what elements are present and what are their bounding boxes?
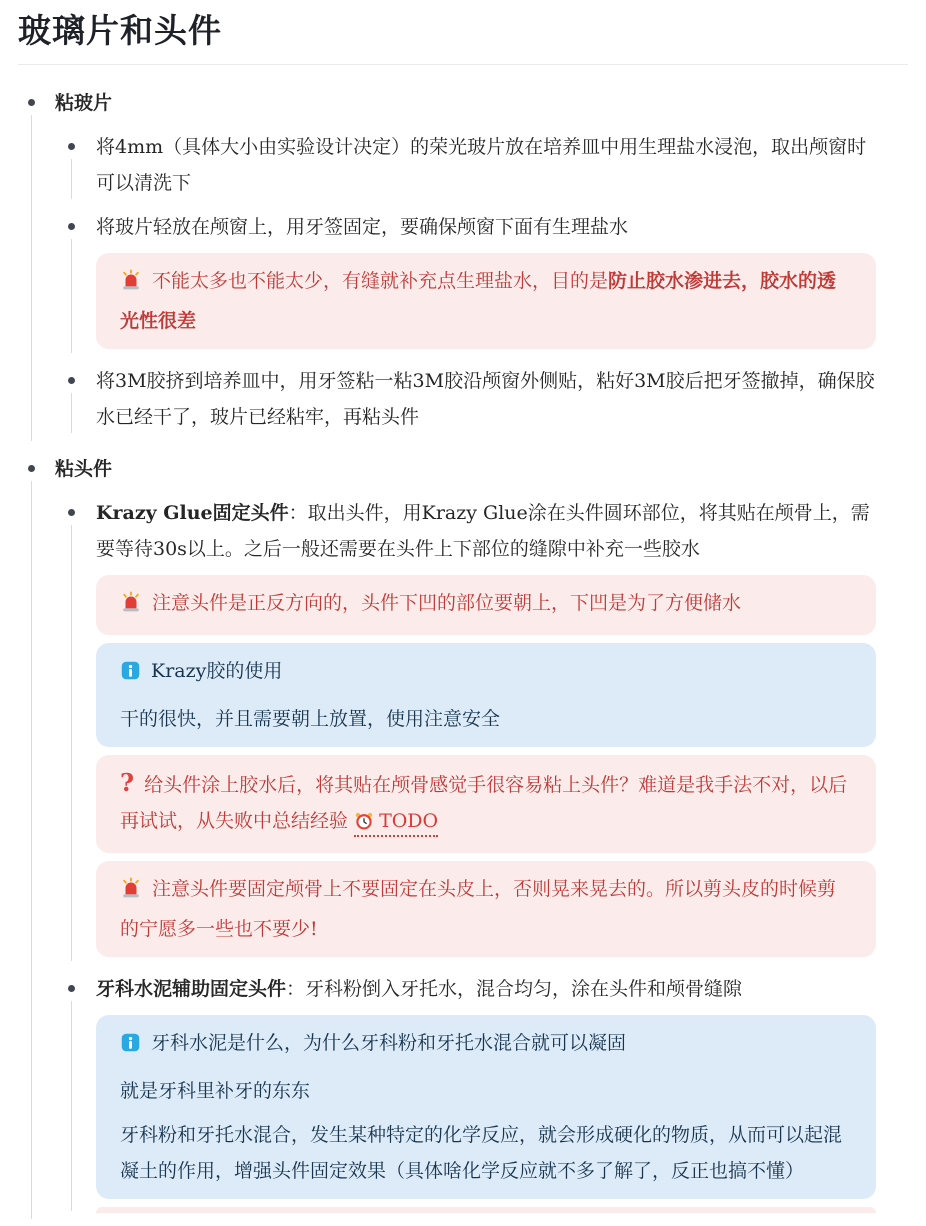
info-callout-body: 干的很快，并且需要朝上放置，使用注意安全 [120,701,852,737]
list-item: Krazy Glue固定头件：取出头件，用Krazy Glue涂在头件圆环部位，… [55,495,908,963]
list-item: 将玻片轻放在颅窗上，用牙签固定，要确保颅窗下面有生理盐水 [55,209,908,355]
list-item-text: 牙科水泥辅助固定头件：牙科粉倒入牙托水，混合均匀，涂在头件和颅骨缝隙 [96,971,882,1007]
list-item-glass: 粘玻片 将4mm（具体大小由实验设计决定）的荣光玻片放在培养皿中用生理盐水浸泡，… [18,85,908,443]
bullet-dot [68,509,75,516]
info-icon [120,657,141,693]
bullet-gutter [55,495,96,963]
list-item: 将3M胶挤到培养皿中，用牙签粘一粘3M胶沿颅窗外侧贴，粘好3M胶后把牙签撤掉，确… [55,363,908,435]
page-title: 玻璃片和头件 [18,10,908,52]
list-item-headpiece: 粘头件 Krazy Glue固定头件：取出头件，用Krazy Glue涂在头件圆… [18,451,908,1221]
siren-icon [120,875,142,911]
indent-line [31,481,32,1219]
info-callout-title: 牙科水泥是什么，为什么牙科粉和牙托水混合就可以凝固 [120,1025,852,1065]
bullet-gutter [55,129,96,201]
bullet-gutter [18,85,55,443]
bullet-gutter [18,451,55,1221]
indent-line [31,115,32,441]
list-item: 将4mm（具体大小由实验设计决定）的荣光玻片放在培养皿中用生理盐水浸泡，取出颅窗… [55,129,908,201]
bullet-dot [28,99,35,106]
next-callout-sliver [96,1207,876,1213]
list-item-term: 牙科水泥辅助固定头件 [96,978,286,1000]
info-callout: Krazy胶的使用 干的很快，并且需要朝上放置，使用注意安全 [96,643,876,747]
alarm-clock-icon [354,807,374,843]
todo-link[interactable]: TODO [354,810,438,837]
siren-icon [120,267,142,303]
indent-line [71,525,72,961]
alert-callout: 不能太多也不能太少，有缝就补充点生理盐水，目的是防止胶水渗进去，胶水的透光性很差 [96,253,876,349]
list-item-text: 将4mm（具体大小由实验设计决定）的荣光玻片放在培养皿中用生理盐水浸泡，取出颅窗… [96,129,882,201]
list-item: 牙科水泥辅助固定头件：牙科粉倒入牙托水，混合均匀，涂在头件和颅骨缝隙 牙科水泥是… [55,971,908,1213]
info-icon [120,1029,141,1065]
info-callout-body: 就是牙科里补牙的东东 [120,1073,852,1109]
list-item-label: 粘头件 [55,451,882,487]
bullet-dot [68,143,75,150]
bullet-gutter [55,363,96,435]
question-callout: ?给头件涂上胶水后，将其贴在颅骨感觉手很容易粘上头件？难道是我手法不对，以后再试… [96,755,876,853]
indent-line [71,393,72,433]
document-page: 玻璃片和头件 粘玻片 将4mm（具体大小由实验设计决定）的荣光玻片放在培养皿中用… [0,0,926,1226]
siren-icon [120,589,142,625]
indent-line [71,239,72,353]
list-item-text: 将玻片轻放在颅窗上，用牙签固定，要确保颅窗下面有生理盐水 [96,209,882,245]
bullet-gutter [55,971,96,1213]
list-item-term: Krazy Glue固定头件 [96,502,289,524]
indent-line [71,159,72,199]
info-callout: 牙科水泥是什么，为什么牙科粉和牙托水混合就可以凝固 就是牙科里补牙的东东 牙科粉… [96,1015,876,1199]
info-callout-body: 牙科粉和牙托水混合，发生某种特定的化学反应，就会形成硬化的物质，从而可以起混凝土… [120,1117,852,1189]
callout-text: 给头件涂上胶水后，将其贴在颅骨感觉手很容易粘上头件？难道是我手法不对，以后再试试… [120,774,847,832]
bullet-dot [68,377,75,384]
bullet-dot [68,985,75,992]
divider [18,64,908,65]
bullet-dot [68,223,75,230]
callout-text: 不能太多也不能太少，有缝就补充点生理盐水，目的是 [152,270,608,292]
bullet-gutter [55,209,96,355]
indent-line [71,1001,72,1211]
bullet-dot [28,465,35,472]
callout-text: 注意头件要固定颅骨上不要固定在头皮上，否则晃来晃去的。所以剪头皮的时候剪的宁愿多… [120,878,836,940]
list-item-text: 将3M胶挤到培养皿中，用牙签粘一粘3M胶沿颅窗外侧贴，粘好3M胶后把牙签撤掉，确… [96,363,882,435]
alert-callout: 注意头件要固定颅骨上不要固定在头皮上，否则晃来晃去的。所以剪头皮的时候剪的宁愿多… [96,861,876,957]
list-item-label: 粘玻片 [55,85,882,121]
alert-callout: 注意头件是正反方向的，头件下凹的部位要朝上，下凹是为了方便储水 [96,575,876,635]
info-callout-title: Krazy胶的使用 [120,653,852,693]
question-mark-icon: ? [120,765,134,801]
todo-link-label: TODO [379,810,438,832]
callout-text: 注意头件是正反方向的，头件下凹的部位要朝上，下凹是为了方便储水 [152,592,741,614]
list-item-text: Krazy Glue固定头件：取出头件，用Krazy Glue涂在头件圆环部位，… [96,495,882,567]
